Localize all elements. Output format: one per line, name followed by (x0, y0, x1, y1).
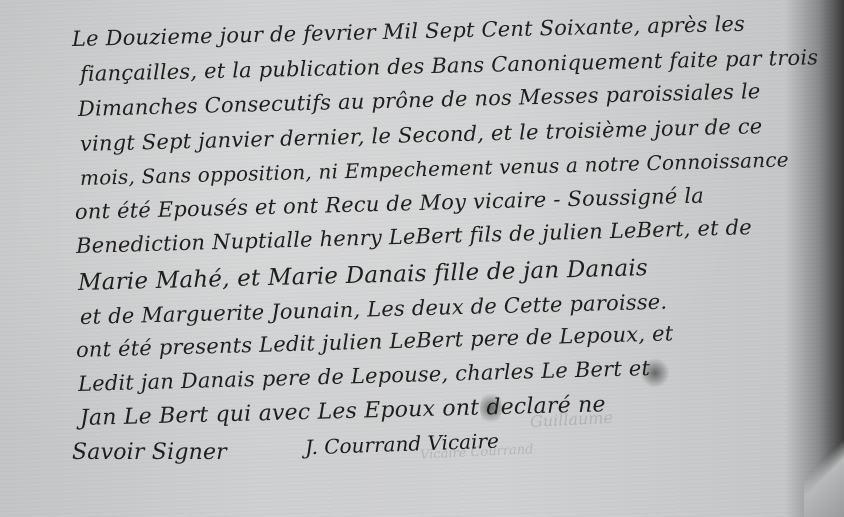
ink-smudge (640, 358, 670, 388)
ink-smudge (480, 390, 502, 426)
manuscript-line-13: Savoir Signer (72, 440, 227, 465)
